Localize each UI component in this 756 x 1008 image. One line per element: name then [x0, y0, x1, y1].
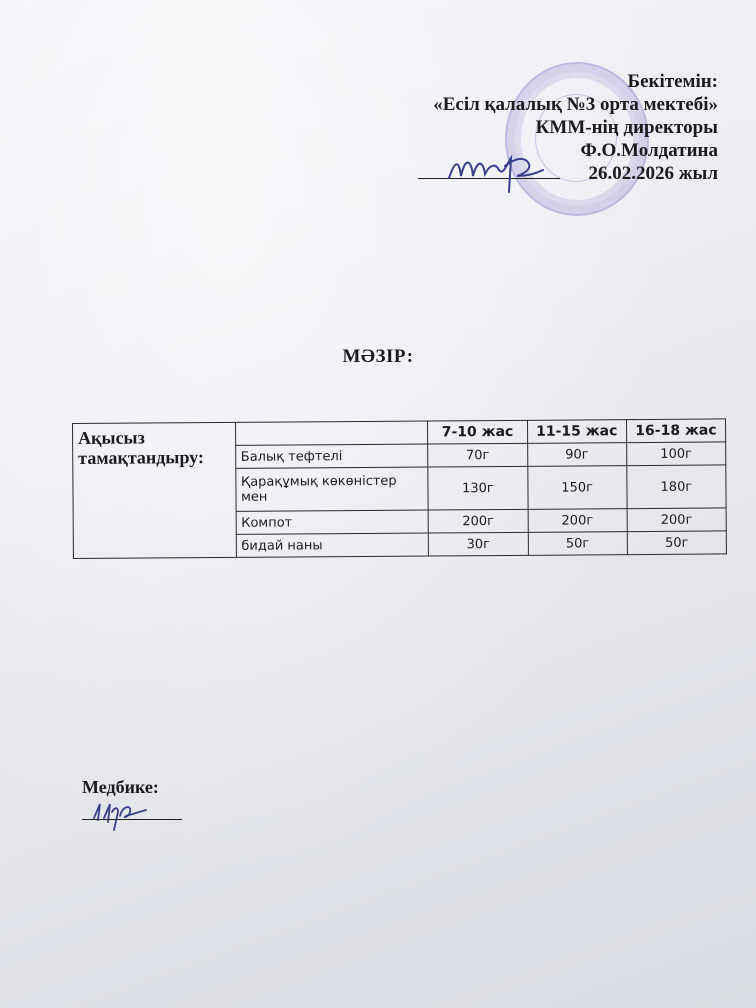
- page-title: МӘЗІР:: [0, 346, 756, 368]
- menu-table: Ақысыз тамақтандыру: 7-10 жас 11-15 жас …: [72, 418, 727, 559]
- age-header: 7-10 жас: [428, 420, 527, 444]
- nurse-label: Медбике:: [82, 777, 159, 798]
- portion-cell: 50г: [627, 531, 726, 555]
- portion-cell: 180г: [627, 465, 727, 509]
- portion-cell: 90г: [527, 443, 626, 467]
- nurse-signature: [88, 796, 148, 832]
- approval-school: «Есіл қалалық №3 орта мектебі»: [433, 93, 718, 116]
- portion-cell: 50г: [528, 532, 627, 556]
- menu-item: бидай наны: [236, 533, 429, 557]
- item-header-empty: [235, 421, 428, 445]
- portion-cell: 200г: [528, 509, 627, 533]
- nurse-signature-line: [82, 819, 182, 820]
- portion-cell: 30г: [429, 532, 528, 556]
- menu-item: Балық тефтелі: [235, 444, 428, 468]
- section-label: Ақысыз тамақтандыру:: [73, 422, 236, 558]
- menu-item: Қарақұмық көкөністер мен: [235, 467, 428, 511]
- portion-cell: 130г: [428, 466, 528, 510]
- age-header: 11-15 жас: [527, 420, 626, 444]
- portion-cell: 150г: [527, 466, 627, 510]
- menu-item: Компот: [236, 510, 429, 534]
- portion-cell: 100г: [626, 442, 725, 466]
- portion-cell: 200г: [627, 508, 726, 532]
- director-signature: [445, 140, 565, 200]
- portion-cell: 70г: [428, 443, 527, 467]
- age-header: 16-18 жас: [626, 419, 725, 443]
- portion-cell: 200г: [428, 509, 527, 533]
- approval-position: КММ-нің директоры: [433, 116, 718, 139]
- approval-heading: Бекітемін:: [433, 70, 718, 93]
